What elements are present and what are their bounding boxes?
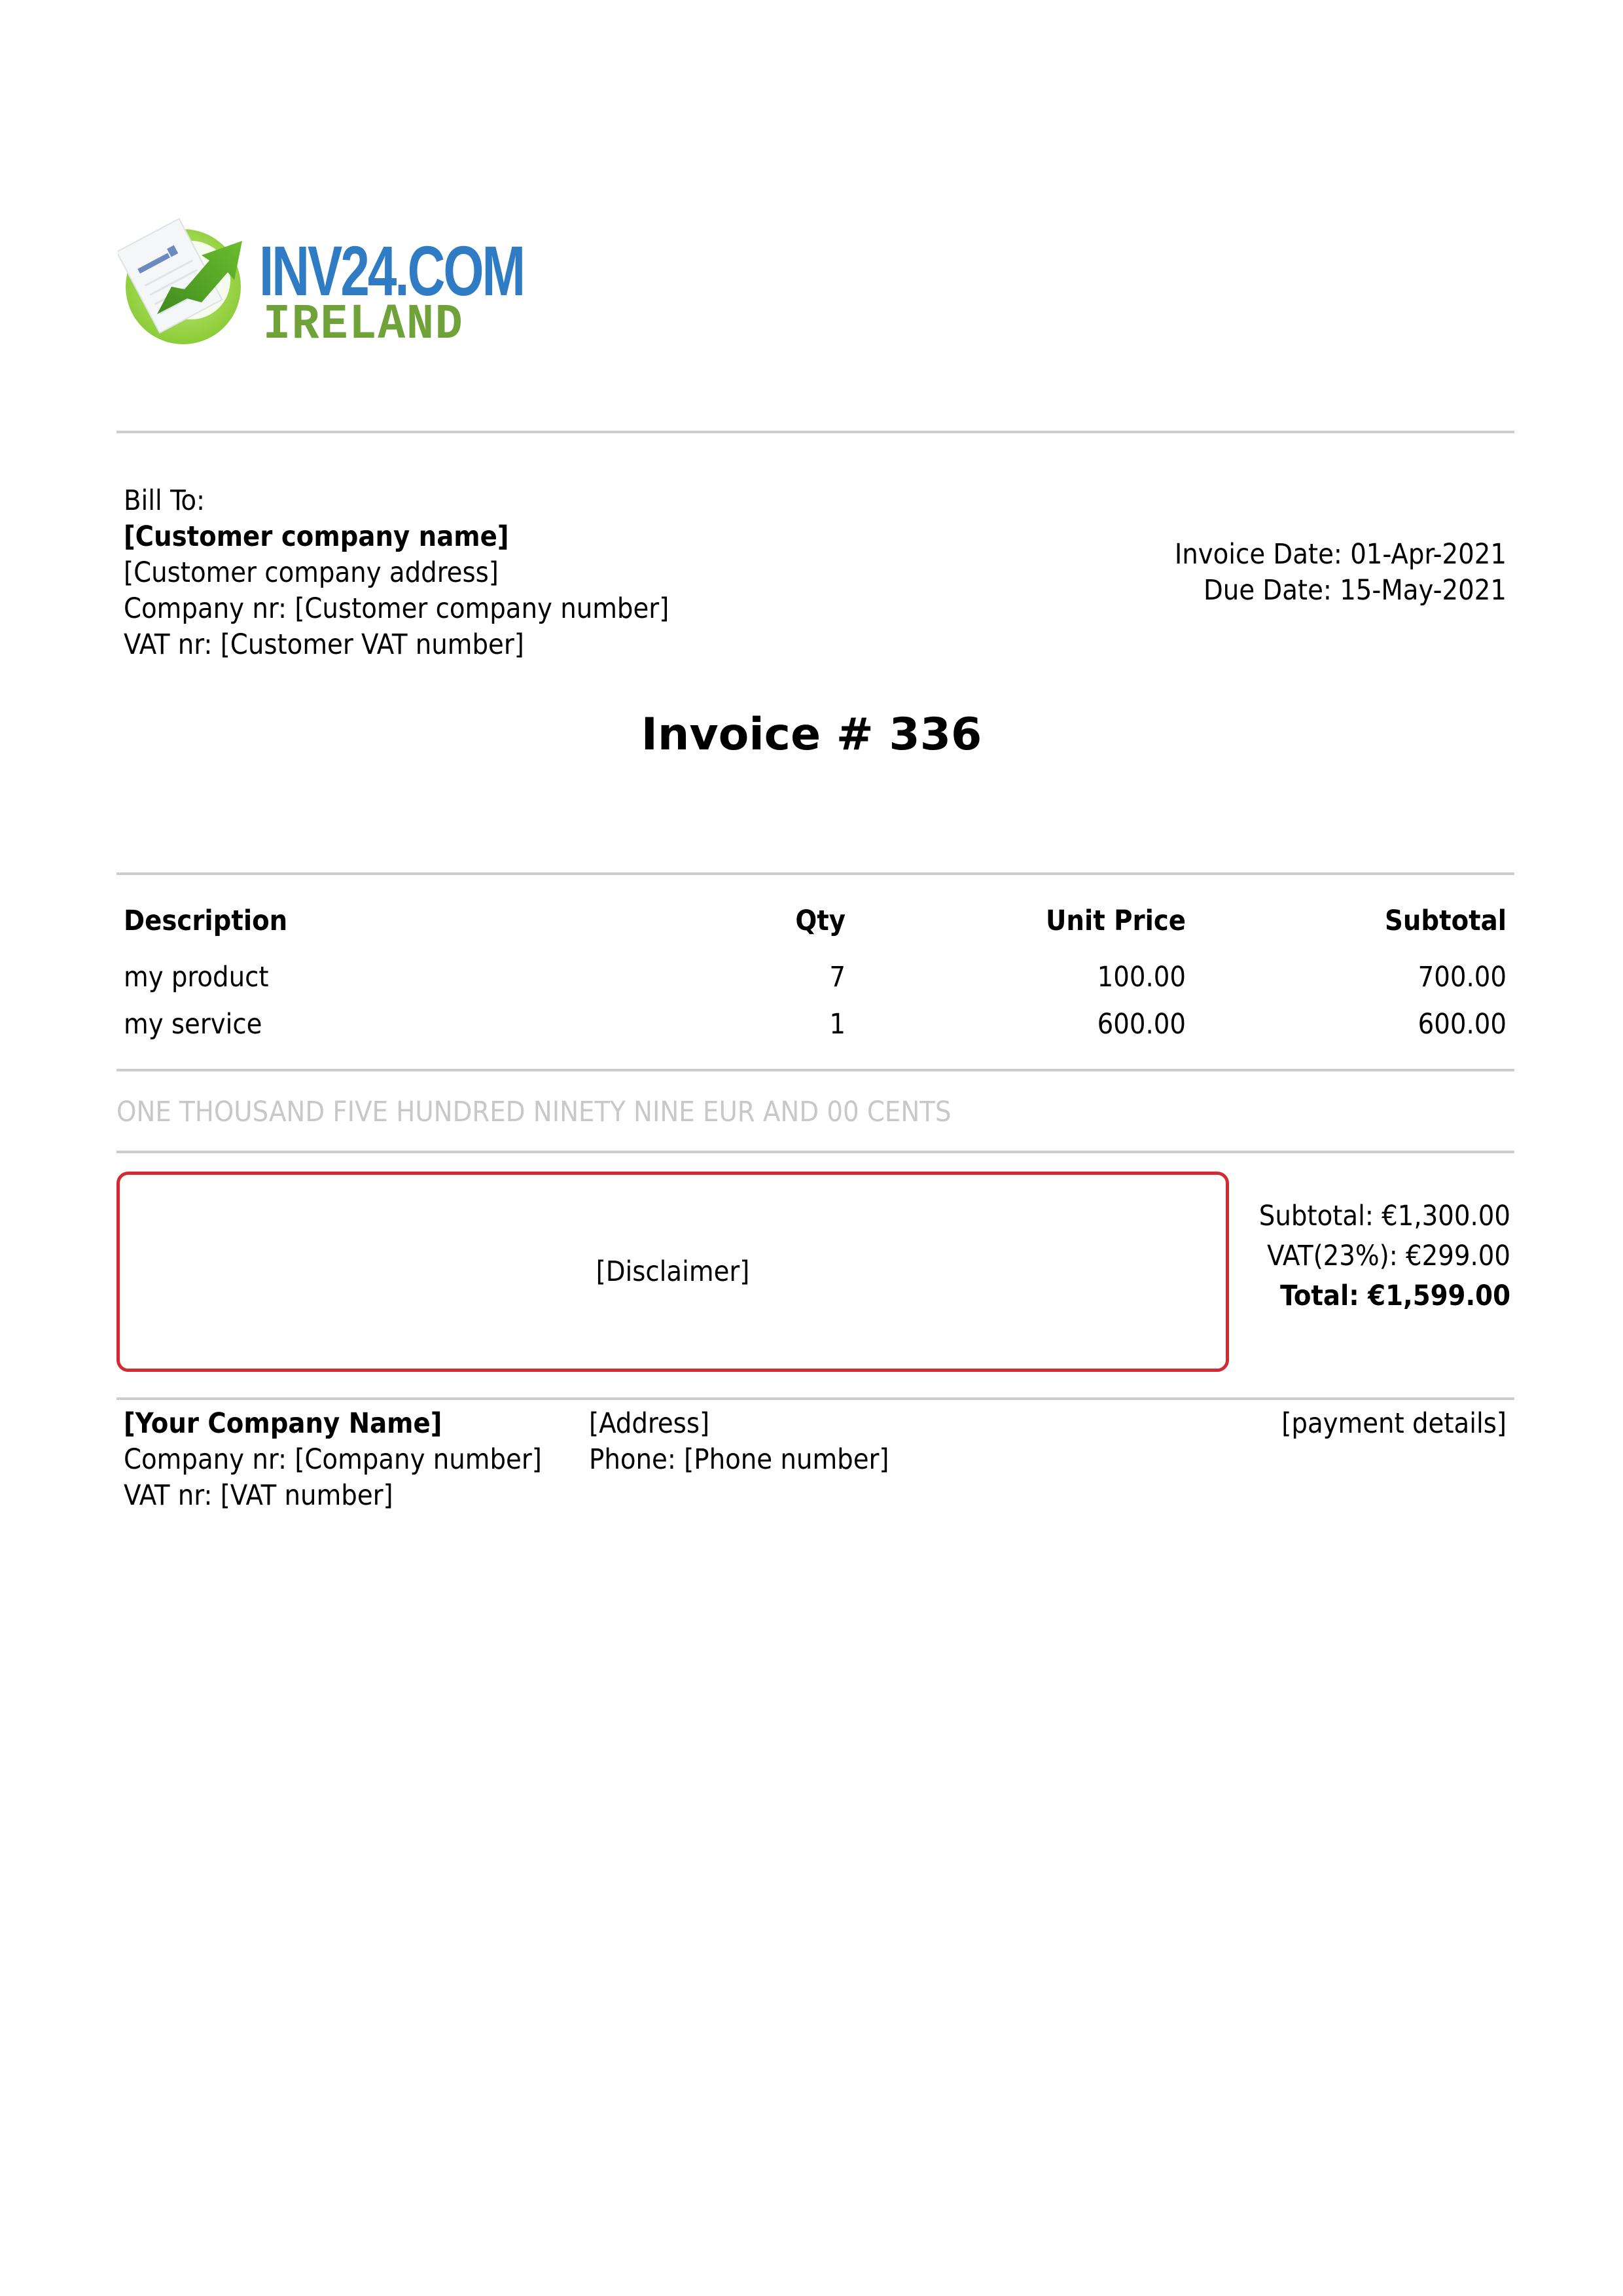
bill-to-label: Bill To: (124, 483, 669, 519)
table-bottom-divider (116, 1069, 1514, 1071)
row-qty: 1 (829, 1007, 846, 1043)
row-unit-price: 100.00 (1097, 960, 1186, 996)
footer-company-name: [Your Company Name] (124, 1406, 542, 1442)
footer-company-number: Company nr: [Company number] (124, 1442, 542, 1478)
row-unit-price: 600.00 (1097, 1007, 1186, 1043)
footer-divider (116, 1397, 1514, 1400)
totals-subtotal: Subtotal: €1,300.00 (1259, 1196, 1510, 1236)
invoice-growth-arrow-icon (118, 209, 249, 347)
customer-company-address: [Customer company address] (124, 555, 669, 591)
totals-block: Subtotal: €1,300.00 VAT(23%): €299.00 To… (1259, 1196, 1510, 1316)
header-divider (116, 431, 1514, 433)
footer-payment-info: [payment details] (1281, 1406, 1507, 1442)
logo-text-country: IRELAND (263, 300, 464, 350)
column-header-qty: Qty (795, 903, 846, 939)
footer-company-info: [Your Company Name] Company nr: [Company… (124, 1406, 542, 1514)
row-subtotal: 600.00 (1418, 1007, 1507, 1043)
customer-company-name: [Customer company name] (124, 519, 669, 555)
column-header-description: Description (124, 903, 287, 939)
totals-vat: VAT(23%): €299.00 (1259, 1236, 1510, 1276)
table-top-divider (116, 872, 1514, 875)
bill-to-block: Bill To: [Customer company name] [Custom… (124, 483, 669, 663)
disclaimer-text: [Disclaimer] (596, 1254, 750, 1290)
footer-payment-details: [payment details] (1281, 1406, 1507, 1442)
row-subtotal: 700.00 (1418, 960, 1507, 996)
invoice-title: Invoice # 336 (0, 706, 1623, 764)
disclaimer-box: [Disclaimer] (116, 1172, 1229, 1372)
column-header-subtotal: Subtotal (1385, 903, 1507, 939)
logo-text-brand: INV24.COM (259, 236, 524, 306)
customer-company-number: Company nr: [Customer company number] (124, 591, 669, 627)
footer-address: [Address] (589, 1406, 889, 1442)
footer-contact-info: [Address] Phone: [Phone number] (589, 1406, 889, 1478)
totals-grand-total: Total: €1,599.00 (1259, 1276, 1510, 1316)
row-description: my product (124, 960, 269, 996)
row-qty: 7 (829, 960, 846, 996)
footer-vat-number: VAT nr: [VAT number] (124, 1478, 542, 1514)
invoice-date: Invoice Date: 01-Apr-2021 (1175, 537, 1507, 573)
due-date: Due Date: 15-May-2021 (1175, 573, 1507, 609)
row-description: my service (124, 1007, 262, 1043)
customer-vat-number: VAT nr: [Customer VAT number] (124, 627, 669, 663)
column-header-unit-price: Unit Price (1046, 903, 1186, 939)
invoice-dates: Invoice Date: 01-Apr-2021 Due Date: 15-M… (1175, 537, 1507, 609)
amount-in-words: ONE THOUSAND FIVE HUNDRED NINETY NINE EU… (116, 1094, 951, 1130)
amount-divider (116, 1151, 1514, 1153)
company-logo: INV24.COM IRELAND (118, 209, 510, 353)
footer-phone: Phone: [Phone number] (589, 1442, 889, 1478)
